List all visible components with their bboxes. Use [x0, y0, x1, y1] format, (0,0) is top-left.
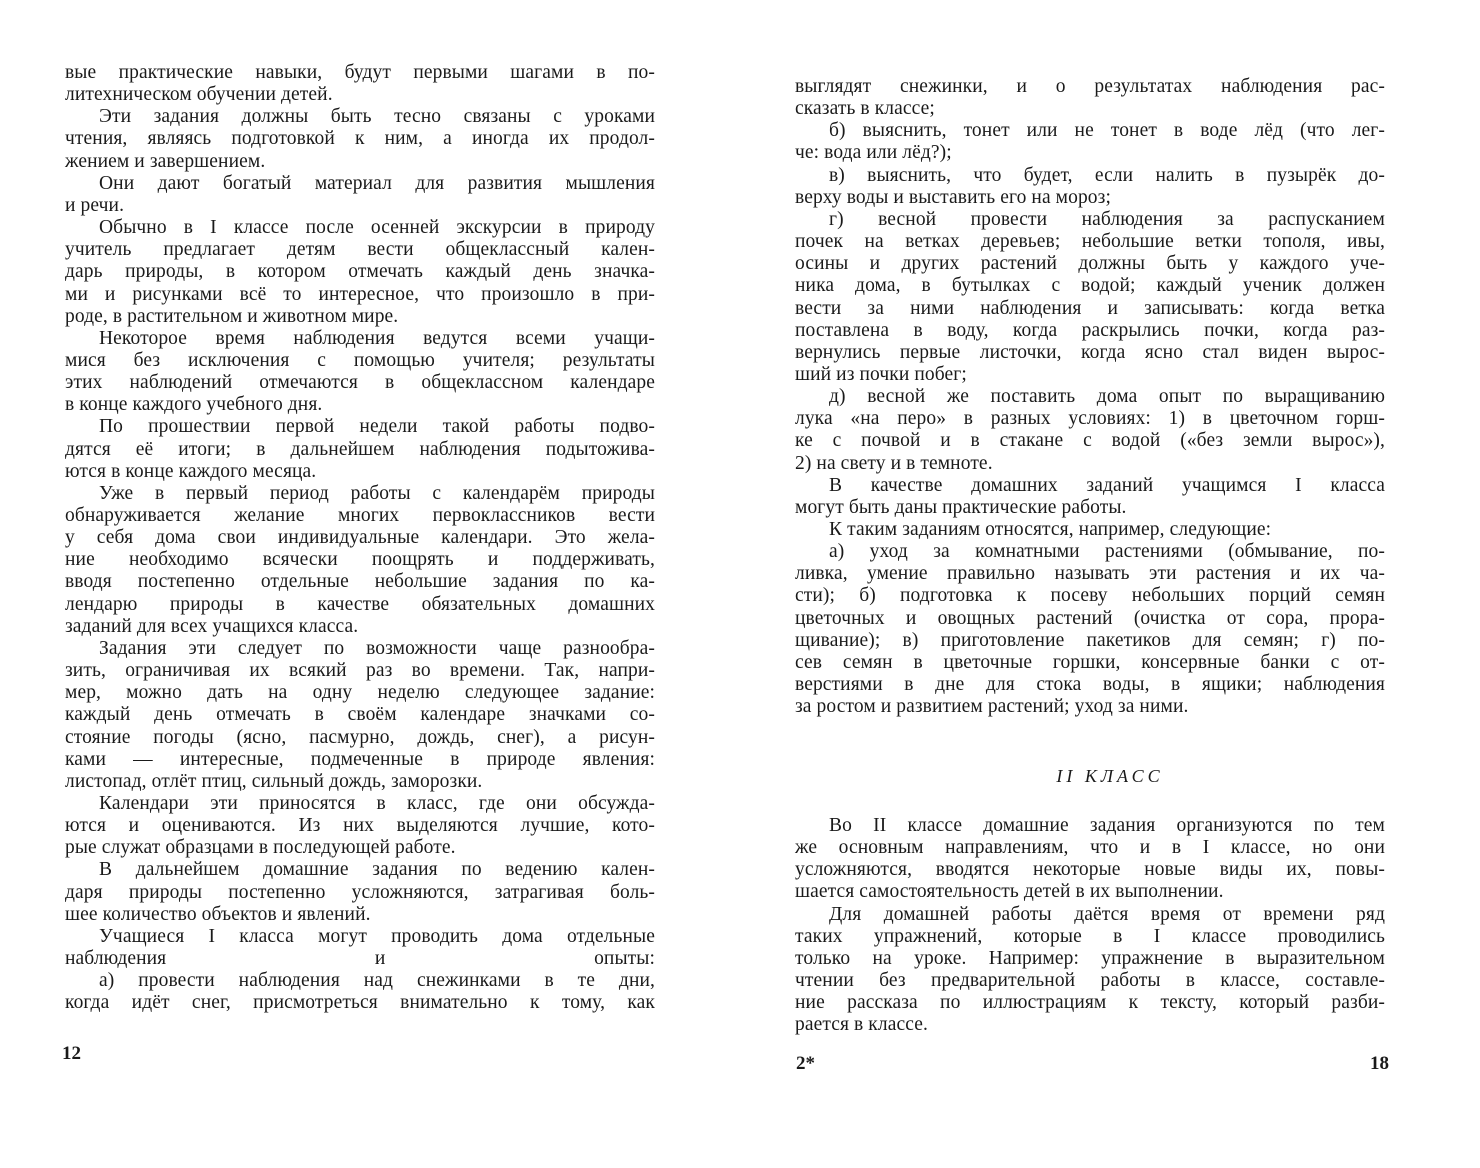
- text-line: когда идёт снег, присмотреться вниматель…: [65, 992, 655, 1014]
- text-line: ются и оцениваются. Из них выделяются лу…: [65, 815, 655, 837]
- text-line: вернулись первые листочки, когда ясно ст…: [795, 342, 1385, 364]
- text-line: вводя постепенно отдельные небольшие зад…: [65, 571, 655, 593]
- text-line: чтения, являясь подготовкой к ним, а ино…: [65, 128, 655, 150]
- text-line: Задания эти следует по возможности чаще …: [65, 638, 655, 660]
- text-line: а) провести наблюдения над снежинками в …: [65, 970, 655, 992]
- text-line: лука «на перо» в разных условиях: 1) в ц…: [795, 408, 1385, 430]
- text-line: Эти задания должны быть тесно связаны с …: [65, 106, 655, 128]
- text-line: только на уроке. Например: упражнение в …: [795, 948, 1385, 970]
- text-line: Для домашней работы даётся время от врем…: [795, 904, 1385, 926]
- text-line: В качестве домашних заданий учащимся I к…: [795, 475, 1385, 497]
- text-line: По прошествии первой недели такой работы…: [65, 416, 655, 438]
- text-line: могут быть даны практические работы.: [795, 497, 1385, 519]
- text-line: ние необходимо всячески поощрять и подде…: [65, 549, 655, 571]
- text-line: лендарю природы в качестве обязательных …: [65, 594, 655, 616]
- text-line: Календари эти приносятся в класс, где он…: [65, 793, 655, 815]
- text-line: таких упражнений, которые в I классе про…: [795, 926, 1385, 948]
- text-line: ние рассказа по иллюстрациям к тексту, к…: [795, 992, 1385, 1014]
- text-line: осины и других растений должны быть у ка…: [795, 253, 1385, 275]
- text-line: каждый день отмечать в своём календаре з…: [65, 704, 655, 726]
- text-line: сти); б) подготовка к посеву небольших п…: [795, 585, 1385, 607]
- text-line: стояние погоды (ясно, пасмурно, дождь, с…: [65, 727, 655, 749]
- text-line: почек на ветках деревьев; небольшие ветк…: [795, 231, 1385, 253]
- text-line: мися без исключения с помощью учителя; р…: [65, 350, 655, 372]
- text-line: в конце каждого учебного дня.: [65, 394, 655, 416]
- text-line: ника дома, в бутылках с водой; каждый уч…: [795, 275, 1385, 297]
- text-line: сев семян в цветочные горшки, консервные…: [795, 652, 1385, 674]
- text-line: ке с почвой и в стакане с водой («без зе…: [795, 430, 1385, 452]
- left-page: вые практические навыки, будут первыми ш…: [0, 0, 740, 1168]
- text-line: роде, в растительном и животном мире.: [65, 306, 655, 328]
- text-line: и речи.: [65, 195, 655, 217]
- text-line: шается самостоятельность детей в их выпо…: [795, 881, 1385, 903]
- page-number-right: 18: [1370, 1053, 1389, 1075]
- text-line: а) уход за комнатными растениями (обмыва…: [795, 541, 1385, 563]
- text-line: поставлена в воду, когда раскрылись почк…: [795, 320, 1385, 342]
- page-number-left: 12: [62, 1043, 81, 1065]
- text-line: 2) на свету и в темноте.: [795, 453, 1385, 475]
- text-line: цветочных и овощных растений (очистка от…: [795, 608, 1385, 630]
- text-line: ются в конце каждого месяца.: [65, 461, 655, 483]
- right-page: выглядят снежинки, и о результатах наблю…: [740, 0, 1480, 1168]
- text-line: мер, можно дать на одну неделю следующее…: [65, 682, 655, 704]
- text-line: щивание); в) приготовление пакетиков для…: [795, 630, 1385, 652]
- text-line: че: вода или лёд?);: [795, 142, 1385, 164]
- text-line: учитель предлагает детям вести общекласс…: [65, 239, 655, 261]
- text-line: рые служат образцами в последующей работ…: [65, 837, 655, 859]
- text-line: сказать в классе;: [795, 98, 1385, 120]
- text-line: Они дают богатый материал для развития м…: [65, 173, 655, 195]
- text-line: выглядят снежинки, и о результатах наблю…: [795, 76, 1385, 98]
- text-line: Учащиеся I класса могут проводить дома о…: [65, 926, 655, 948]
- text-line: литехническом обучении детей.: [65, 84, 655, 106]
- text-line: б) выяснить, тонет или не тонет в воде л…: [795, 120, 1385, 142]
- text-line: вые практические навыки, будут первыми ш…: [65, 62, 655, 84]
- text-line: рается в классе.: [795, 1014, 1385, 1036]
- text-line: у себя дома свои индивидуальные календар…: [65, 527, 655, 549]
- text-line: этих наблюдений отмечаются в общеклассно…: [65, 372, 655, 394]
- text-line: ками — интересные, подмеченные в природе…: [65, 749, 655, 771]
- text-line: наблюдения и опыты:: [65, 948, 655, 970]
- text-line: шее количество объектов и явлений.: [65, 904, 655, 926]
- section-heading: II КЛАСС: [740, 766, 1480, 787]
- text-line: чтении без предварительной работы в клас…: [795, 970, 1385, 992]
- text-line: даря природы постепенно усложняются, зат…: [65, 882, 655, 904]
- text-line: дятся её итоги; в дальнейшем наблюдения …: [65, 439, 655, 461]
- text-line: обнаруживается желание многих первокласс…: [65, 505, 655, 527]
- text-line: Обычно в I классе после осенней экскурси…: [65, 217, 655, 239]
- text-line: г) весной провести наблюдения за распуск…: [795, 209, 1385, 231]
- text-line: ший из почки побег;: [795, 364, 1385, 386]
- text-line: В дальнейшем домашние задания по ведению…: [65, 859, 655, 881]
- text-line: за ростом и развитием растений; уход за …: [795, 696, 1385, 718]
- text-line: Во II классе домашние задания организуют…: [795, 815, 1385, 837]
- text-line: Некоторое время наблюдения ведутся всеми…: [65, 328, 655, 350]
- text-line: жением и завершением.: [65, 151, 655, 173]
- text-line: верху воды и выставить его на мороз;: [795, 187, 1385, 209]
- text-line: ливка, умение правильно называть эти рас…: [795, 563, 1385, 585]
- text-line: ми и рисунками всё то интересное, что пр…: [65, 284, 655, 306]
- text-line: д) весной же поставить дома опыт по выра…: [795, 386, 1385, 408]
- signature-mark: 2*: [796, 1053, 815, 1075]
- text-line: заданий для всех учащихся класса.: [65, 616, 655, 638]
- text-line: дарь природы, в котором отмечать каждый …: [65, 261, 655, 283]
- text-line: Уже в первый период работы с календарём …: [65, 483, 655, 505]
- text-line: в) выяснить, что будет, если налить в пу…: [795, 165, 1385, 187]
- text-line: К таким заданиям относятся, например, сл…: [795, 519, 1385, 541]
- text-line: усложняются, вводятся некоторые новые ви…: [795, 859, 1385, 881]
- text-line: верстиями в дне для стока воды, в ящики;…: [795, 674, 1385, 696]
- text-line: же основным направлениям, что и в I клас…: [795, 837, 1385, 859]
- text-line: вести за ними наблюдения и записывать: к…: [795, 298, 1385, 320]
- text-line: листопад, отлёт птиц, сильный дождь, зам…: [65, 771, 655, 793]
- text-line: зить, ограничивая их всякий раз во време…: [65, 660, 655, 682]
